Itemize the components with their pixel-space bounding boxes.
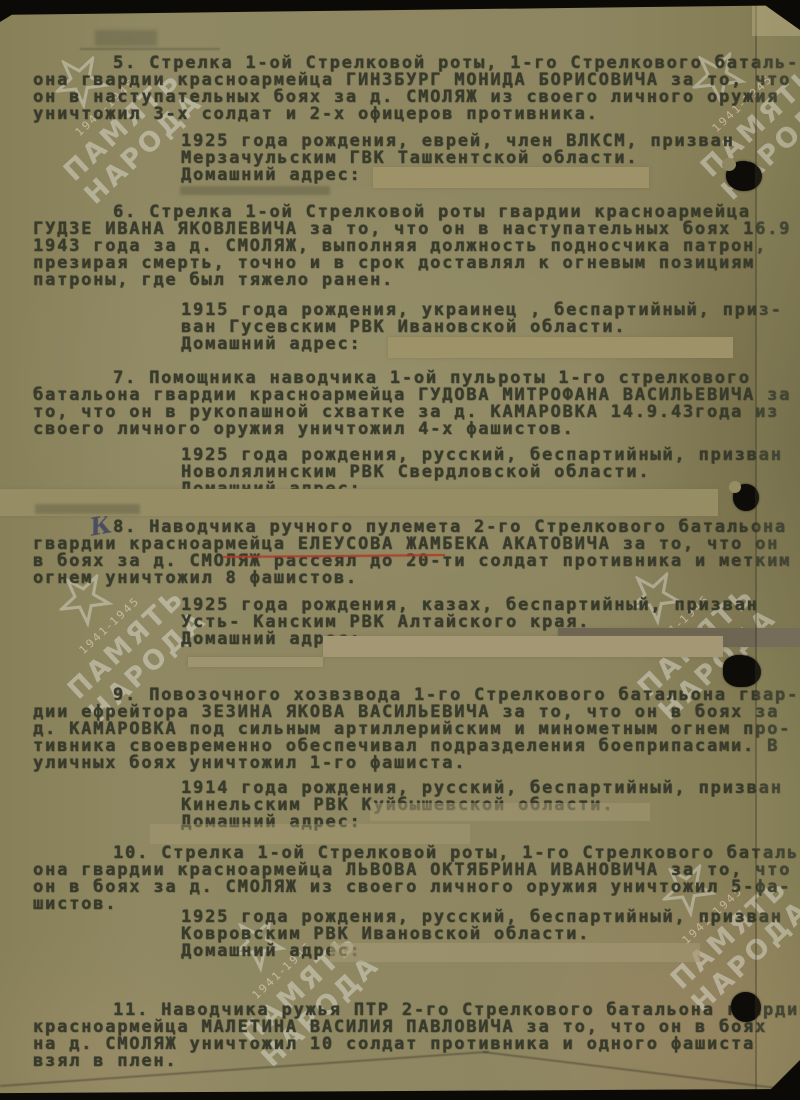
- redaction-bar: [323, 636, 723, 657]
- paper-strip: [757, 0, 800, 1100]
- redaction-bar: [388, 337, 733, 358]
- typed-paragraph-5: 5. Стрелка 1-ой Стрелковой роты, 1-го Ст…: [33, 55, 799, 123]
- scanned-page: 1941-1945 ПАМЯТЬ НАРОДА 1941-1945 ПАМЯТЬ…: [0, 0, 800, 1100]
- text-line: патроны, где был тяжело ранен.: [33, 272, 791, 289]
- cut-text-smudge: [35, 504, 140, 514]
- typed-paragraph-11: 11. Наводчика ружья ПТР 2-го Стрелкового…: [33, 1002, 800, 1070]
- text-line: своего личного оружия уничтожил 4-х фаши…: [33, 421, 791, 438]
- redaction-bar: [188, 657, 323, 667]
- redaction-bar: [370, 803, 650, 821]
- typed-paragraph-8: 8. Наводчика ручного пулемета 2-го Стрел…: [33, 519, 791, 587]
- text-line: он в боях за д. СМОЛЯЖ из своего личного…: [33, 879, 800, 896]
- typed-paragraph-7: 7. Помощника наводчика 1-ой пульроты 1-г…: [33, 370, 791, 438]
- text-line: уличных боях уничтожил 1-го фашиста.: [33, 755, 799, 772]
- typed-paragraph-9: 9. Повозочного хозвзвода 1-го Стрелковог…: [33, 687, 799, 772]
- faint-stamp: [95, 30, 157, 46]
- page-edge-bottom: [0, 1089, 800, 1100]
- typed-paragraph-6: 6. Стрелка 1-ой Стрелковой роты гвардии …: [33, 204, 791, 289]
- redaction-bar: [373, 167, 649, 188]
- typed-paragraph-10: 10. Стрелка 1-ой Стрелковой роты, 1-го С…: [33, 845, 800, 913]
- cut-text-smudge: [180, 186, 330, 195]
- text-line: уничтожил 3-х солдат и 2-х офицеров прот…: [33, 106, 799, 123]
- redaction-bar: [150, 824, 470, 844]
- punch-hole-notch: [729, 481, 741, 493]
- page-edge-top: [0, 0, 800, 15]
- punch-hole-notch: [722, 158, 736, 171]
- redaction-bar: [330, 943, 700, 962]
- faint-stamp-underline: [80, 48, 220, 50]
- text-line: огнем уничтожил 8 фашистов.: [33, 570, 791, 587]
